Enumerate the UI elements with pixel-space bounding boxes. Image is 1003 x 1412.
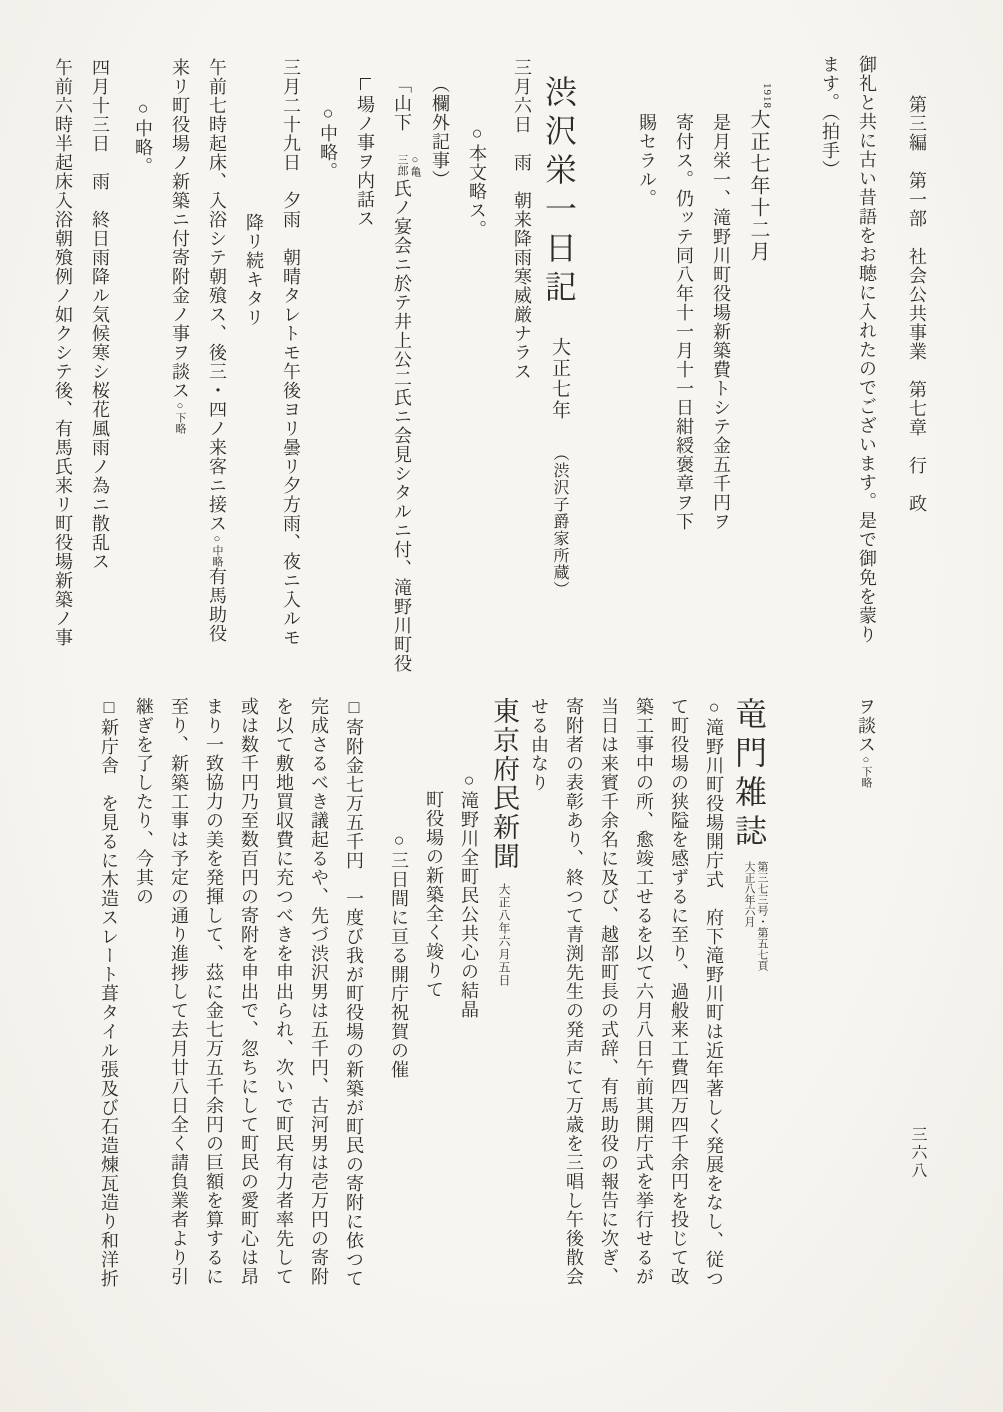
newspaper-date: 大正八年六月五日 <box>497 883 511 987</box>
journal-issue-note: 第三七三号・第五七頁大正八年六月 <box>742 861 768 971</box>
continuation-bracket-icon <box>360 78 371 90</box>
journal-issue-date: 大正八年六月 <box>742 861 755 971</box>
journal-body-line: 寄附者の表彰あり、終つて青渕先生の発声にて万歳を三唱し午後散会 <box>556 697 591 1347</box>
diary-continuation-line: 降リ続キタリ <box>235 55 272 680</box>
diary-source-colophon: （渋沢子爵家所蔵） <box>551 445 568 598</box>
page-number: 三六八 <box>906 1126 929 1180</box>
diary-continuation-line: ヲ談ス○下略 <box>848 697 883 1347</box>
scanned-book-page: 第三編 第一部 社会公共事業 第七章 行 政 御礼と共に古い昔語をお聴に入れたの… <box>0 0 1003 1412</box>
western-year-note: 1918 <box>761 83 773 109</box>
newspaper-body-line: まり一致協力の美を発揮して、茲に金七万五千余円の巨額を算するに <box>196 697 231 1347</box>
omission-note-inline: ○下略 <box>174 400 186 434</box>
era-heading: 1918大正七年十二月 <box>739 55 776 680</box>
newspaper-headline: 町役場の新築全く竣りて <box>416 697 451 1347</box>
era-heading-text: 大正七年十二月 <box>747 109 769 263</box>
diary-entry-date-line: 四月十三日 雨 終日雨降ル気候寒シ桜花風雨ノ為ニ散乱ス <box>81 55 118 680</box>
margin-note-cont-text: 場ノ事ヲ内話ス <box>355 95 375 228</box>
journal-body-line: 当日は来賓千余名に及び、越部町長の式辞、有馬助役の報告に次ぎ、 <box>591 697 626 1347</box>
inline-name-note: ○亀三郎 <box>395 134 421 177</box>
journal-body-line: て町役場の狭隘を感ずるに至り、過般来工費四万四千余円を投じて改 <box>661 697 696 1347</box>
newspaper-title-line: 東京府民新聞大正八年六月五日 <box>486 697 521 1347</box>
running-head: 第三編 第一部 社会公共事業 第七章 行 政 <box>898 55 935 680</box>
newspaper-body-line: □新庁舎 を見るに木造スレート葺タイル張及び石造煉瓦造り和洋折 <box>91 697 126 1347</box>
newspaper-body-line: 完成さるべき議起るや、先づ渋沢男は五千円、古河男は壱万円の寄附 <box>301 697 336 1347</box>
newspaper-body-line: 或は数千円乃至数百円の寄附を申出で、忽ちにして町民の愛町心は昂 <box>231 697 266 1347</box>
newspaper-body-line: □寄附金七万五千円 一度び我が町役場の新築が町民の寄附に依つて <box>336 697 371 1347</box>
omission-note-inline: ○下略 <box>860 754 872 788</box>
diary-entry-date-line: 三月六日 雨 朝来降雨寒威厳ナラス <box>503 55 540 680</box>
body-omitted-note: ○本文略ス。 <box>458 55 495 680</box>
diary-title-line: 渋沢栄一日記大正七年（渋沢子爵家所蔵） <box>540 55 578 680</box>
newspaper-body-line: 継ぎを了したり、今其の <box>126 697 161 1347</box>
diary-entry-line: 来リ町役場ノ新築ニ付寄附金ノ事ヲ談ス○下略 <box>161 55 198 680</box>
newspaper-headline: ○三日間に亘る開庁祝賀の催 <box>381 697 416 1347</box>
newspaper-body-line: を以て敷地買収費に充つべきを申出られ、次いで町民有力者率先して <box>266 697 301 1347</box>
margin-note-continuation: 場ノ事ヲ内話ス <box>346 55 383 680</box>
diary-year: 大正七年 <box>549 337 570 421</box>
newspaper-title: 東京府民新聞 <box>489 697 519 871</box>
omission-note-inline: ○中略 <box>211 533 223 567</box>
speech-closing-line: ます。（拍手） <box>811 55 848 680</box>
diary-text: 来リ町役場ノ新築ニ付寄附金ノ事ヲ談ス <box>170 58 190 400</box>
diary-entry-line: 午前六時半起床入浴朝飱例ノ如クシテ後、有馬氏来リ町役場新築ノ事 <box>44 55 81 680</box>
newspaper-headline: ○滝野川全町民公共心の結晶 <box>451 697 486 1347</box>
margin-note-label: （欄外記事） <box>421 55 458 680</box>
journal-title-line: 竜門雑誌第三七三号・第五七頁大正八年六月 <box>731 697 768 1347</box>
journal-title: 竜門雑誌 <box>731 697 767 853</box>
omission-note: ○中略。 <box>124 55 161 680</box>
journal-issue-number: 第三七三号・第五七頁 <box>755 861 768 971</box>
lower-text-block: ヲ談ス○下略 竜門雑誌第三七三号・第五七頁大正八年六月 ○滝野川町役場開庁式 府… <box>91 697 883 1347</box>
journal-body-line: せる由なり <box>521 697 556 1347</box>
omission-note: ○中略。 <box>309 55 346 680</box>
speech-closing-line: 御礼と共に古い昔語をお聴に入れたのでございます。是で御免を蒙り <box>848 55 885 680</box>
diary-entry-date-line: 三月二十九日 夕雨 朝晴タレトモ午後ヨリ曇リ夕方雨、夜ニ入ルモ <box>272 55 309 680</box>
inline-name-note-right: ○亀 <box>408 134 421 177</box>
diary-text: ヲ談ス <box>856 697 876 754</box>
era-body-line: 寄付ス。仍ッテ同八年十一月十一日紺綬褒章ヲ下 <box>665 55 702 680</box>
quote-open: 「山下 <box>392 75 412 132</box>
inline-name-note-left: 三郎 <box>395 134 408 177</box>
newspaper-body-line: 至り、新築工事は予定の通り進捗して去月廿八日全く請負業者より引 <box>161 697 196 1347</box>
diary-text: 有馬助役 <box>207 567 227 643</box>
era-body-line: 賜セラル。 <box>628 55 665 680</box>
margin-note-text: 氏ノ宴会ニ於テ井上公二氏ニ会見シタルニ付、滝野川町役 <box>392 179 412 673</box>
diary-entry-line: 午前七時起床、入浴シテ朝飱ス、後三・四ノ来客ニ接ス○中略有馬助役 <box>198 55 235 680</box>
margin-note-line: 「山下○亀三郎氏ノ宴会ニ於テ井上公二氏ニ会見シタルニ付、滝野川町役 <box>383 55 421 680</box>
diary-title: 渋沢栄一日記 <box>541 75 577 309</box>
era-body-line: 是月栄一、滝野川町役場新築費トシテ金五千円ヲ <box>702 55 739 680</box>
journal-body-line: ○滝野川町役場開庁式 府下滝野川町は近年著しく発展をなし、従つ <box>696 697 731 1347</box>
upper-text-block: 第三編 第一部 社会公共事業 第七章 行 政 御礼と共に古い昔語をお聴に入れたの… <box>44 55 935 680</box>
diary-text: 午前七時起床、入浴シテ朝飱ス、後三・四ノ来客ニ接ス <box>207 58 227 533</box>
journal-body-line: 築工事中の所、愈竣工せるを以て六月八日午前其開庁式を挙行せるが <box>626 697 661 1347</box>
